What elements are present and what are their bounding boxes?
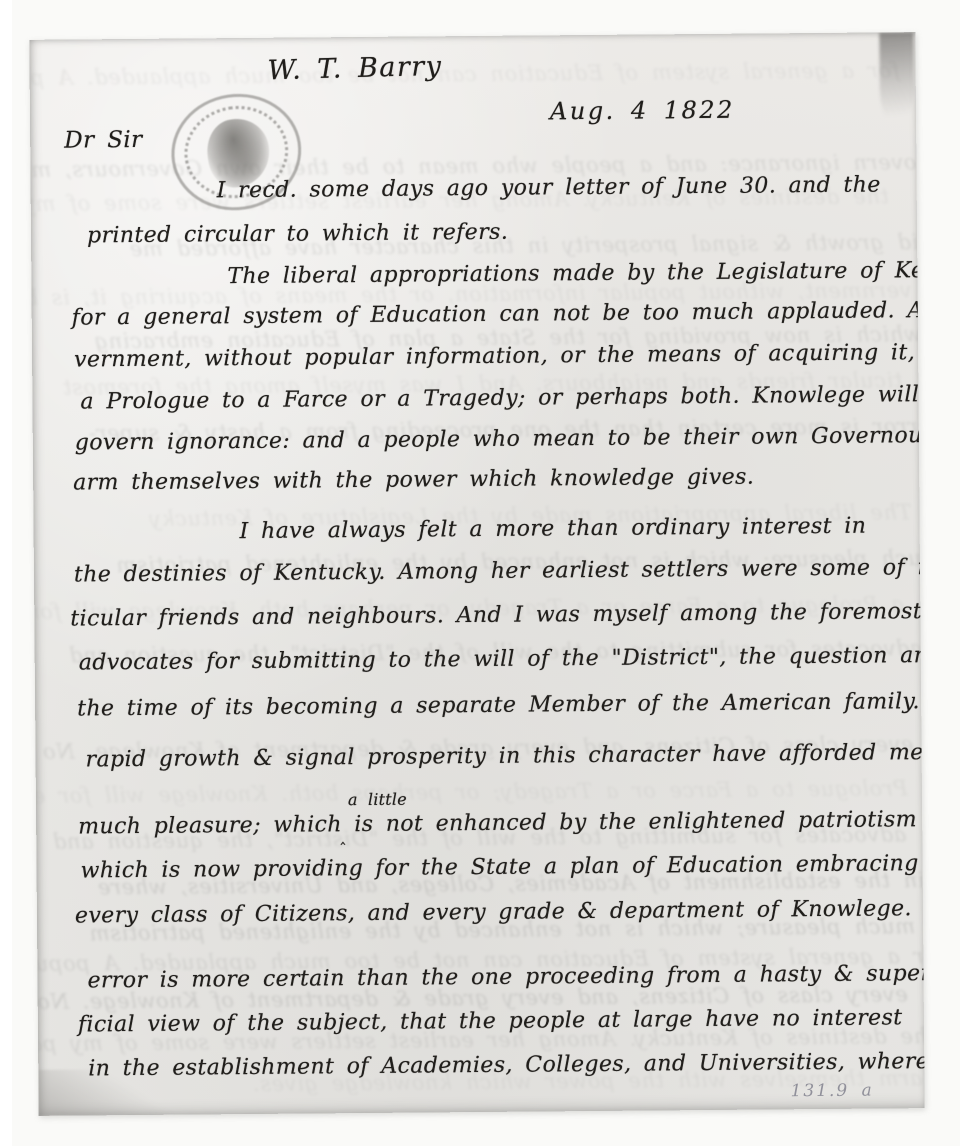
letter-line: the destinies of Kentucky. Among her ear…	[74, 554, 925, 587]
letter-date: Aug. 4 1822	[550, 96, 735, 126]
letter-line: which is now providing for the State a p…	[80, 851, 918, 883]
letter-page: for a general system of Education can no…	[29, 32, 924, 1116]
archival-pencil-note: 131.9 a	[790, 1081, 873, 1102]
handwriting-layer: W. T. Barry Aug. 4 1822 Dr Sir I recd. s…	[29, 32, 924, 1116]
letter-line: govern ignorance: and a people who mean …	[75, 422, 925, 455]
letter-line: in the establishment of Academies, Colle…	[88, 1049, 924, 1081]
letter-line: The liberal appropriations made by the L…	[227, 257, 924, 289]
letter-line: arm themselves with the power which know…	[73, 465, 754, 496]
letter-line: ticular friends and neighbours. And I wa…	[70, 599, 922, 631]
letter-line: ficial view of the subject, that the peo…	[78, 1005, 903, 1037]
letter-line: much pleasure; which is not enhanced by …	[78, 807, 917, 839]
letter-line: advocates for submitting to the will of …	[79, 643, 925, 676]
letter-line: every class of Citizens, and every grade…	[75, 896, 925, 929]
addressee-heading: W. T. Barry	[267, 51, 443, 87]
letter-line: for a general system of Education can no…	[72, 297, 925, 331]
salutation: Dr Sir	[64, 127, 142, 154]
letter-line: I recd. some days ago your letter of Jun…	[217, 172, 881, 203]
letter-line: vernment, without popular information, o…	[74, 339, 925, 372]
letter-line: the time of its becoming a separate Memb…	[77, 689, 925, 722]
scanner-edge-strip	[0, 0, 12, 1146]
interline-insertion: a little	[348, 790, 407, 810]
letter-line: I have always felt a more than ordinary …	[240, 514, 867, 544]
letter-line: rapid growth & signal prosperity in this…	[85, 740, 923, 772]
letter-line: error is more certain than the one proce…	[87, 961, 924, 993]
letter-line: printed circular to which it refers.	[87, 220, 508, 249]
letter-line: a Prologue to a Farce or a Tragedy; or p…	[80, 381, 924, 414]
